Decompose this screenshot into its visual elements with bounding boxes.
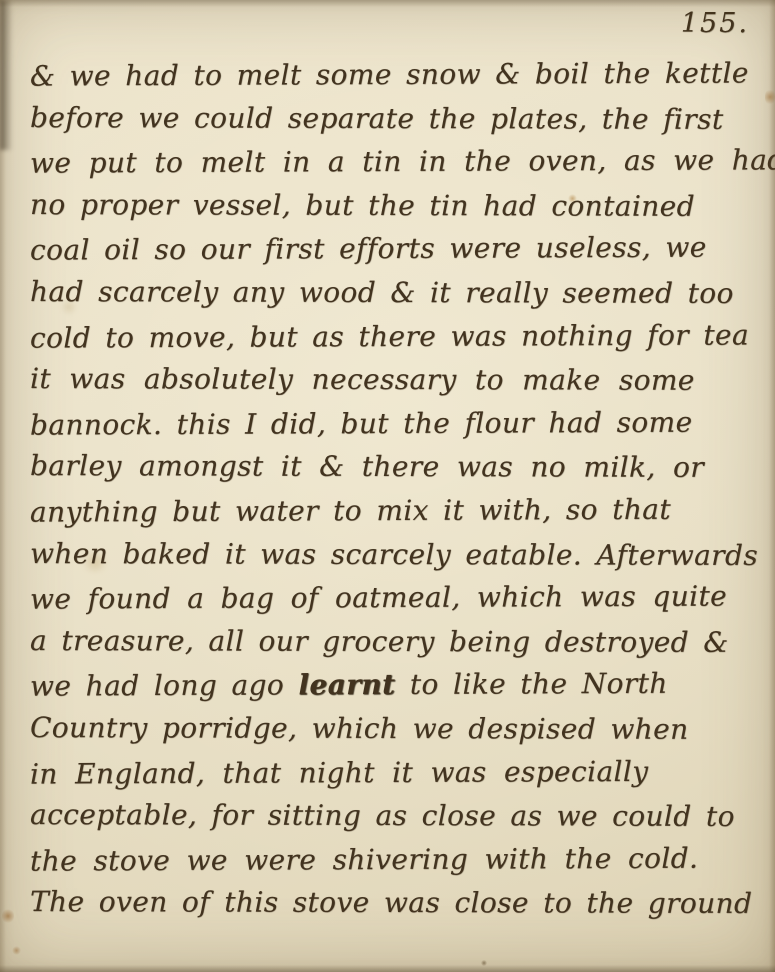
manuscript-line: anything but water to mix it with, so th… [30, 487, 757, 534]
manuscript-line: had scarcely any wood & it really seemed… [30, 270, 757, 315]
overwritten-word: learnt [298, 668, 395, 701]
manuscript-line: the stove we were shivering with the col… [30, 836, 757, 883]
manuscript-line: Country porridge, which we despised when [30, 706, 757, 751]
manuscript-line: no proper vessel, but the tin had contai… [30, 183, 757, 228]
manuscript-text: & we had to melt some snow & boil the ke… [30, 53, 757, 925]
manuscript-line: it was absolutely necessary to make some [30, 357, 757, 402]
manuscript-line: barley amongst it & there was no milk, o… [30, 444, 757, 489]
manuscript-line: we put to melt in a tin in the oven, as … [30, 139, 757, 186]
manuscript-line: we found a bag of oatmeal, which was qui… [30, 575, 757, 622]
manuscript-line-segment: we had long ago [30, 669, 299, 703]
manuscript-line: in England, that night it was especially [30, 749, 757, 796]
manuscript-line-segment: to like the North [395, 667, 667, 701]
manuscript-line: acceptable, for sitting as close as we c… [30, 793, 757, 838]
page-number: 155. [681, 8, 749, 39]
page-edge-shadow-bottom [0, 965, 775, 972]
manuscript-line: cold to move, but as there was nothing f… [30, 313, 757, 360]
manuscript-page: 155. & we had to melt some snow & boil t… [0, 0, 775, 972]
manuscript-line: The oven of this stove was close to the … [30, 880, 757, 925]
page-edge-shadow-top [0, 0, 775, 7]
manuscript-line: a treasure, all our grocery being destro… [30, 619, 757, 664]
binding-shadow [0, 0, 14, 150]
foxing-spot [12, 946, 21, 955]
manuscript-line: when baked it was scarcely eatable. Afte… [30, 532, 757, 577]
manuscript-line: & we had to melt some snow & boil the ke… [30, 51, 757, 98]
manuscript-line: we had long ago learnt to like the North [30, 662, 757, 709]
manuscript-line: coal oil so our first efforts were usele… [30, 226, 757, 273]
manuscript-line: before we could separate the plates, the… [30, 96, 757, 141]
manuscript-line: bannock. this I did, but the flour had s… [30, 400, 757, 447]
